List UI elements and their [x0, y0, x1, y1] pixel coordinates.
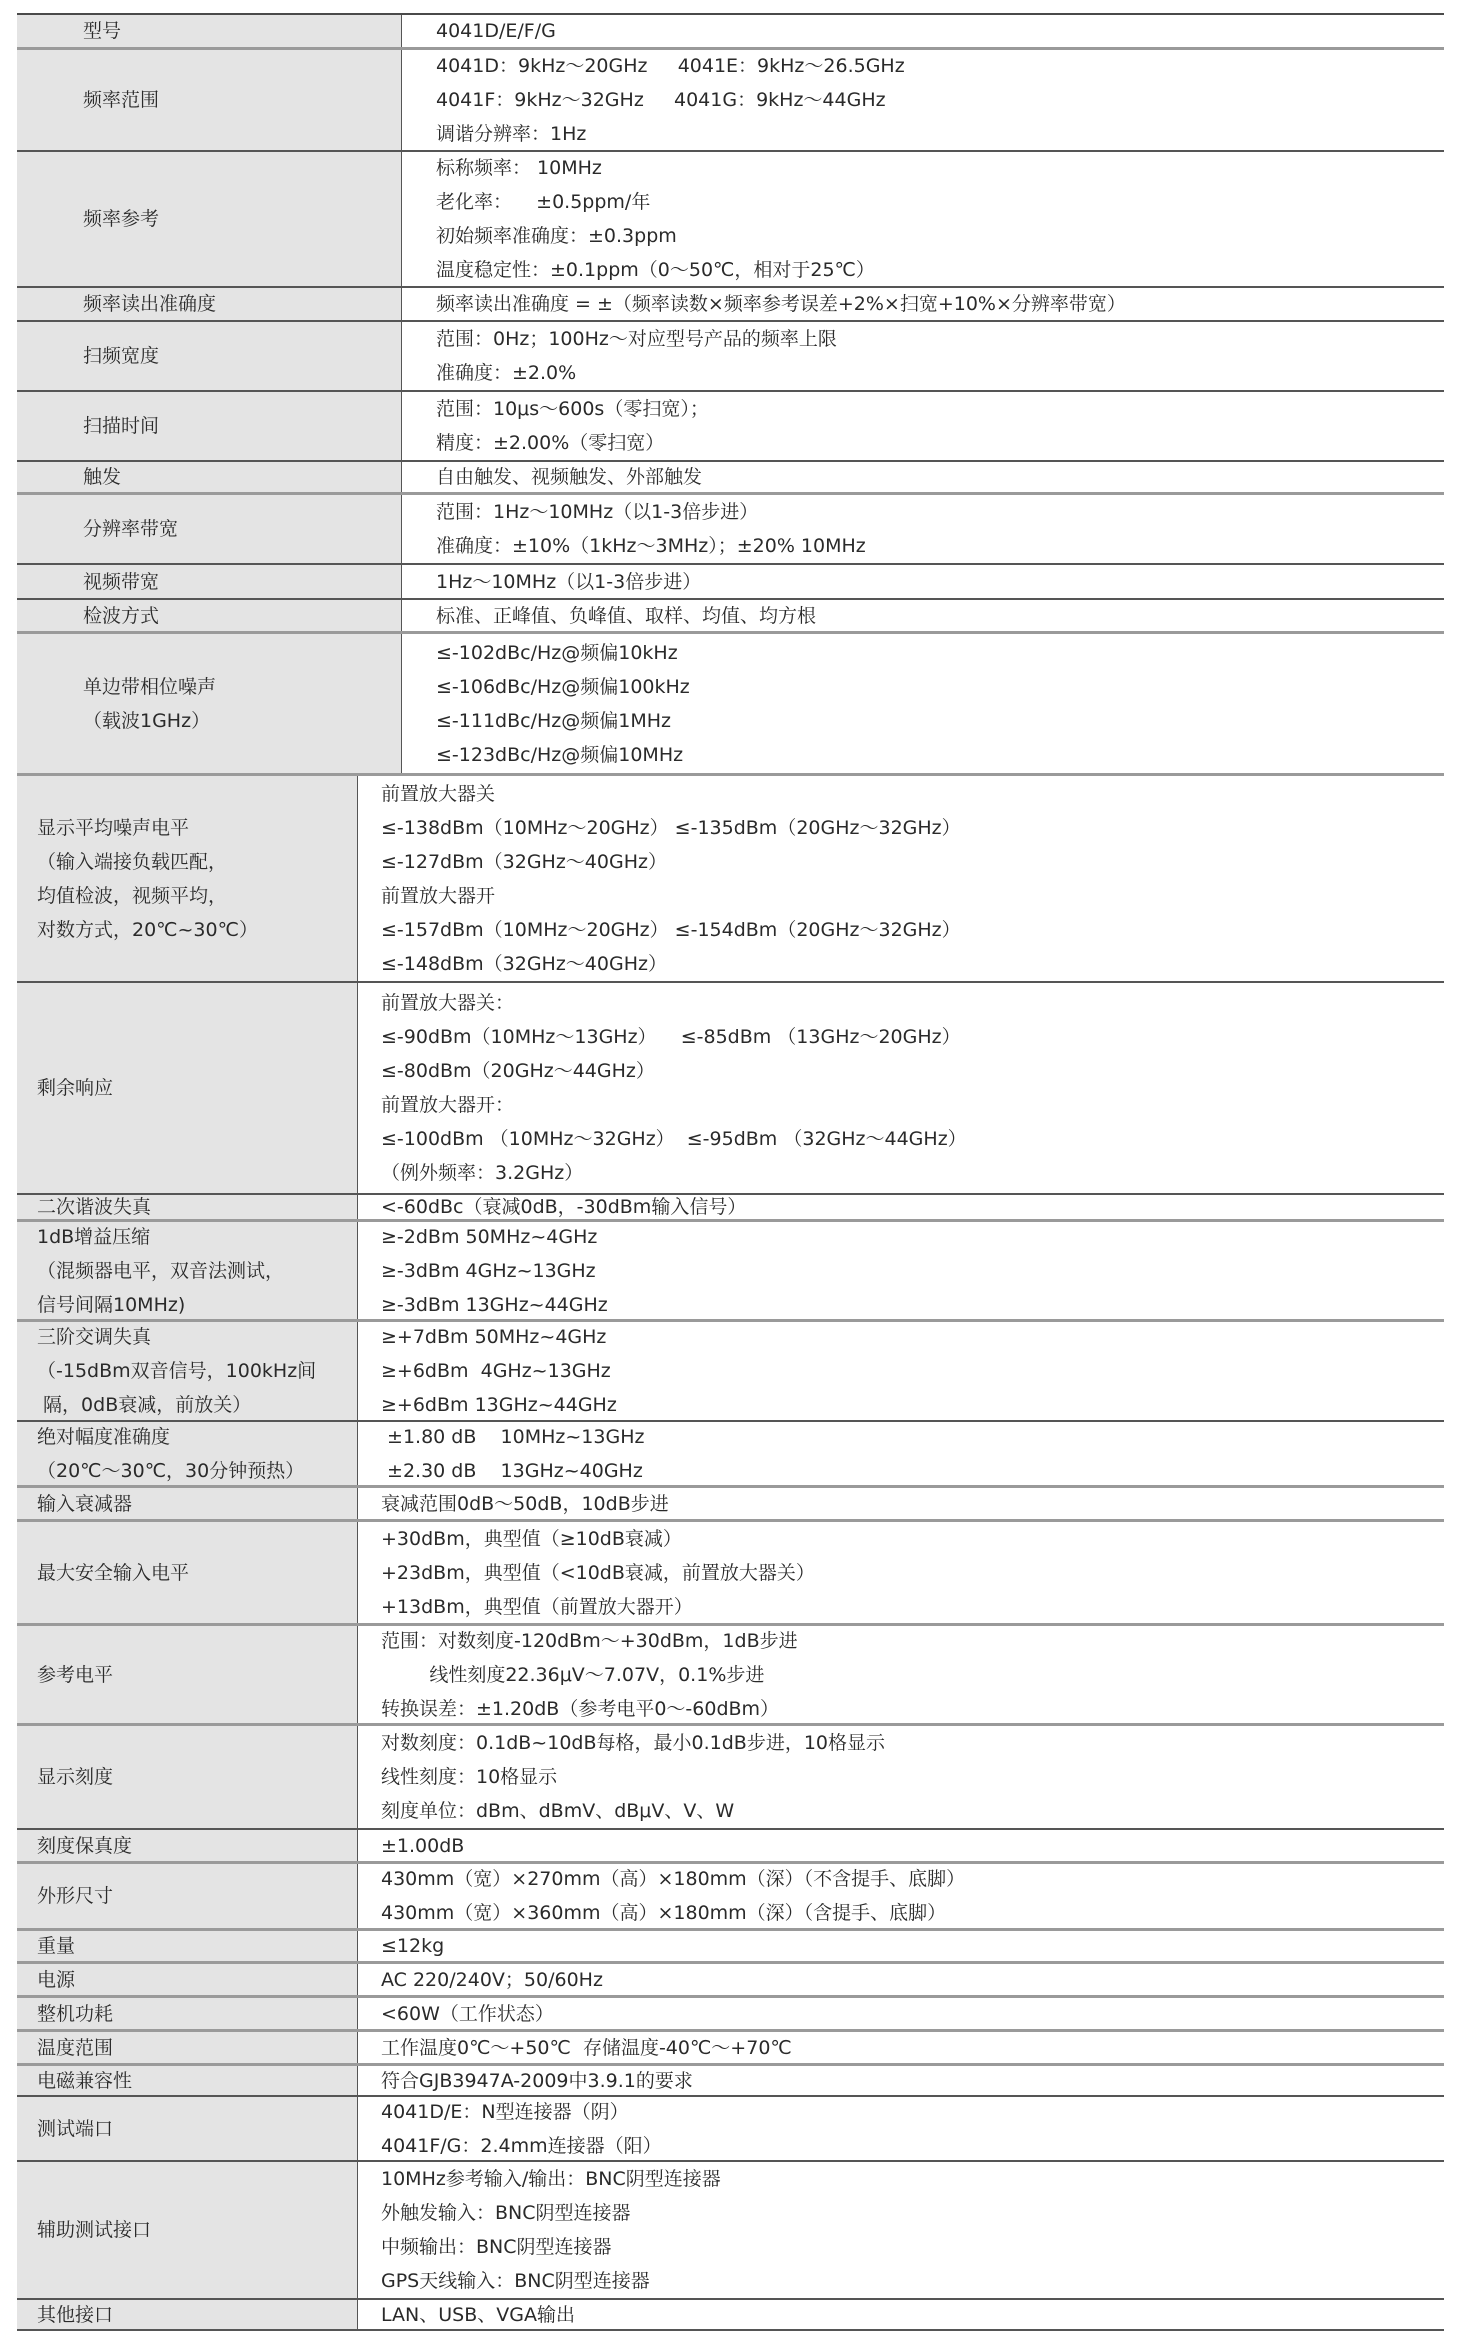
- spec-label-line: （载波1GHz）: [83, 704, 401, 738]
- spec-value-line: ≤-111dBc/Hz@频偏1MHz: [436, 704, 1444, 738]
- spec-value-line: ≥-3dBm 4GHz~13GHz: [381, 1254, 1444, 1288]
- spec-row: 其他接口LAN、USB、VGA输出: [17, 2300, 1444, 2331]
- spec-value: 符合GJB3947A-2009中3.9.1的要求: [358, 2066, 1444, 2095]
- spec-row: 型号4041D/E/F/G: [17, 15, 1444, 50]
- spec-value-line: 4041D/E/F/G: [436, 14, 1444, 48]
- spec-label: 参考电平: [17, 1626, 358, 1723]
- spec-label-line: 频率读出准确度: [83, 287, 401, 321]
- spec-value-line: ≥-2dBm 50MHz~4GHz: [381, 1220, 1444, 1254]
- spec-label-line: 辅助测试接口: [37, 2213, 357, 2247]
- spec-row: 视频带宽1Hz～10MHz（以1-3倍步进）: [17, 565, 1444, 600]
- spec-value-line: LAN、USB、VGA输出: [381, 2298, 1444, 2332]
- spec-value-line: 4041D/E：N型连接器（阴）: [381, 2095, 1444, 2129]
- spec-value-line: ≥+6dBm 4GHz~13GHz: [381, 1354, 1444, 1388]
- spec-value-line: ≤-157dBm（10MHz～20GHz） ≤-154dBm（20GHz～32G…: [381, 913, 1444, 947]
- spec-value-line: ±1.80 dB 10MHz~13GHz: [381, 1420, 1444, 1454]
- spec-value: 4041D/E：N型连接器（阴）4041F/G：2.4mm连接器（阳）: [358, 2097, 1444, 2160]
- spec-value: 工作温度0℃～+50℃ 存储温度-40℃～+70℃: [358, 2032, 1444, 2063]
- spec-label: 重量: [17, 1931, 358, 1961]
- spec-value-line: 4041F/G：2.4mm连接器（阳）: [381, 2129, 1444, 2163]
- spec-value-line: ≤-148dBm（32GHz～40GHz）: [381, 947, 1444, 981]
- spec-value-line: 线性刻度：10格显示: [381, 1760, 1444, 1794]
- spec-row: 显示平均噪声电平（输入端接负载匹配，均值检波，视频平均，对数方式，20℃~30℃…: [17, 776, 1444, 983]
- spec-value-line: ≥+6dBm 13GHz~44GHz: [381, 1388, 1444, 1422]
- spec-value-line: +23dBm，典型值（<10dB衰减，前置放大器关）: [381, 1556, 1444, 1590]
- spec-label: 最大安全输入电平: [17, 1522, 358, 1623]
- spec-row: 频率范围4041D：9kHz～20GHz 4041E：9kHz～26.5GHz4…: [17, 50, 1444, 152]
- spec-value: 频率读出准确度 = ±（频率读数×频率参考误差+2%×扫宽+10%×分辨率带宽）: [402, 288, 1444, 320]
- spec-value: 4041D：9kHz～20GHz 4041E：9kHz～26.5GHz4041F…: [402, 50, 1444, 150]
- spec-label-line: 刻度保真度: [37, 1829, 357, 1863]
- spec-row: 频率参考标称频率： 10MHz老化率： ±0.5ppm/年初始频率准确度：±0.…: [17, 152, 1444, 288]
- spec-value: 自由触发、视频触发、外部触发: [402, 462, 1444, 492]
- spec-value: ≥+7dBm 50MHz~4GHz≥+6dBm 4GHz~13GHz≥+6dBm…: [358, 1322, 1444, 1420]
- spec-label: 显示平均噪声电平（输入端接负载匹配，均值检波，视频平均，对数方式，20℃~30℃…: [17, 776, 358, 981]
- spec-value: 衰减范围0dB～50dB，10dB步进: [358, 1488, 1444, 1519]
- spec-value-line: ±2.30 dB 13GHz~40GHz: [381, 1454, 1444, 1488]
- spec-value-line: 4041D：9kHz～20GHz 4041E：9kHz～26.5GHz: [436, 49, 1444, 83]
- spec-row: 整机功耗<60W（工作状态）: [17, 1998, 1444, 2032]
- spec-label: 温度范围: [17, 2032, 358, 2063]
- spec-value-line: （例外频率：3.2GHz）: [381, 1156, 1444, 1190]
- spec-label: 触发: [17, 462, 402, 492]
- spec-label: 三阶交调失真（-15dBm双音信号，100kHz间 隔，0dB衰减，前放关）: [17, 1322, 358, 1420]
- spec-value-line: 对数刻度：0.1dB~10dB每格，最小0.1dB步进，10格显示: [381, 1726, 1444, 1760]
- spec-label-line: 隔，0dB衰减，前放关）: [37, 1388, 357, 1422]
- spec-label-line: 分辨率带宽: [83, 512, 401, 546]
- spec-label: 频率读出准确度: [17, 288, 402, 320]
- spec-value-line: 温度稳定性：±0.1ppm（0～50℃，相对于25℃）: [436, 253, 1444, 287]
- spec-value-line: 10MHz参考输入/输出：BNC阴型连接器: [381, 2162, 1444, 2196]
- spec-value-line: 精度：±2.00%（零扫宽）: [436, 426, 1444, 460]
- spec-value-line: 准确度：±10%（1kHz～3MHz）；±20% 10MHz: [436, 529, 1444, 563]
- spec-value-line: 衰减范围0dB～50dB，10dB步进: [381, 1487, 1444, 1521]
- spec-value-line: 430mm（宽）×270mm（高）×180mm（深）（不含提手、底脚）: [381, 1862, 1444, 1896]
- spec-value-line: 频率读出准确度 = ±（频率读数×频率参考误差+2%×扫宽+10%×分辨率带宽）: [436, 287, 1444, 321]
- spec-value-line: 老化率： ±0.5ppm/年: [436, 185, 1444, 219]
- spec-value-line: GPS天线输入：BNC阴型连接器: [381, 2264, 1444, 2298]
- spec-value: 1Hz～10MHz（以1-3倍步进）: [402, 565, 1444, 598]
- spec-value-line: ≥-3dBm 13GHz~44GHz: [381, 1288, 1444, 1322]
- spec-label-line: （输入端接负载匹配，: [37, 845, 357, 879]
- spec-label-line: 输入衰减器: [37, 1487, 357, 1521]
- spec-label: 显示刻度: [17, 1726, 358, 1828]
- spec-label-line: 视频带宽: [83, 565, 401, 599]
- spec-value-line: ≤-127dBm（32GHz～40GHz）: [381, 845, 1444, 879]
- spec-label-line: 最大安全输入电平: [37, 1556, 357, 1590]
- spec-row: 1dB增益压缩（混频器电平，双音法测试，信号间隔10MHz)≥-2dBm 50M…: [17, 1222, 1444, 1322]
- spec-label: 二次谐波失真: [17, 1195, 358, 1219]
- spec-row: 扫描时间范围：10μs～600s（零扫宽）；精度：±2.00%（零扫宽）: [17, 392, 1444, 462]
- spec-label-line: 显示平均噪声电平: [37, 811, 357, 845]
- spec-label: 频率范围: [17, 50, 402, 150]
- spec-table-top: 型号4041D/E/F/G频率范围4041D：9kHz～20GHz 4041E：…: [17, 13, 1444, 775]
- spec-value-line: 范围：0Hz；100Hz～对应型号产品的频率上限: [436, 322, 1444, 356]
- spec-row: 电源AC 220/240V；50/60Hz: [17, 1964, 1444, 1998]
- spec-value-line: ≤-123dBc/Hz@频偏10MHz: [436, 738, 1444, 772]
- spec-row: 检波方式标准、正峰值、负峰值、取样、均值、均方根: [17, 600, 1444, 634]
- spec-value-line: AC 220/240V；50/60Hz: [381, 1963, 1444, 1997]
- spec-value: 标称频率： 10MHz老化率： ±0.5ppm/年初始频率准确度：±0.3ppm…: [402, 152, 1444, 286]
- spec-row: 电磁兼容性符合GJB3947A-2009中3.9.1的要求: [17, 2066, 1444, 2097]
- spec-label-line: 频率参考: [83, 202, 401, 236]
- spec-label-line: 信号间隔10MHz): [37, 1288, 357, 1322]
- spec-label: 电源: [17, 1964, 358, 1995]
- spec-value-line: 工作温度0℃～+50℃ 存储温度-40℃～+70℃: [381, 2031, 1444, 2065]
- spec-label-line: 重量: [37, 1929, 357, 1963]
- spec-value: 前置放大器关≤-138dBm（10MHz～20GHz） ≤-135dBm（20G…: [358, 776, 1444, 981]
- spec-table-bottom: 显示平均噪声电平（输入端接负载匹配，均值检波，视频平均，对数方式，20℃~30℃…: [17, 773, 1444, 2331]
- spec-label-line: 三阶交调失真: [37, 1320, 357, 1354]
- spec-value: ≥-2dBm 50MHz~4GHz≥-3dBm 4GHz~13GHz≥-3dBm…: [358, 1222, 1444, 1319]
- spec-value: 范围：1Hz～10MHz（以1-3倍步进）准确度：±10%（1kHz～3MHz）…: [402, 495, 1444, 563]
- spec-value-line: 中频输出：BNC阴型连接器: [381, 2230, 1444, 2264]
- spec-value-line: 标称频率： 10MHz: [436, 151, 1444, 185]
- spec-row: 频率读出准确度频率读出准确度 = ±（频率读数×频率参考误差+2%×扫宽+10%…: [17, 288, 1444, 322]
- spec-row: 分辨率带宽范围：1Hz～10MHz（以1-3倍步进）准确度：±10%（1kHz～…: [17, 495, 1444, 565]
- spec-value-line: <60W（工作状态）: [381, 1997, 1444, 2031]
- spec-label-line: 扫描时间: [83, 409, 401, 443]
- spec-label-line: （混频器电平，双音法测试，: [37, 1254, 357, 1288]
- spec-label-line: 测试端口: [37, 2112, 357, 2146]
- spec-label: 绝对幅度准确度（20℃～30℃，30分钟预热）: [17, 1422, 358, 1485]
- spec-row: 测试端口4041D/E：N型连接器（阴）4041F/G：2.4mm连接器（阳）: [17, 2097, 1444, 2162]
- spec-label-line: 频率范围: [83, 83, 401, 117]
- spec-value: ±1.80 dB 10MHz~13GHz ±2.30 dB 13GHz~40GH…: [358, 1422, 1444, 1485]
- spec-value-line: 标准、正峰值、负峰值、取样、均值、均方根: [436, 599, 1444, 633]
- spec-label-line: 整机功耗: [37, 1997, 357, 2031]
- spec-value-line: 符合GJB3947A-2009中3.9.1的要求: [381, 2064, 1444, 2098]
- spec-value: 范围：0Hz；100Hz～对应型号产品的频率上限准确度：±2.0%: [402, 322, 1444, 390]
- spec-label: 视频带宽: [17, 565, 402, 598]
- spec-value: ≤-102dBc/Hz@频偏10kHz≤-106dBc/Hz@频偏100kHz≤…: [402, 634, 1444, 773]
- spec-value-line: 外触发输入：BNC阴型连接器: [381, 2196, 1444, 2230]
- spec-label-line: 其他接口: [37, 2298, 357, 2332]
- spec-value-line: 自由触发、视频触发、外部触发: [436, 460, 1444, 494]
- spec-value-line: ≤-90dBm（10MHz～13GHz） ≤-85dBm （13GHz～20GH…: [381, 1020, 1444, 1054]
- spec-label: 扫频宽度: [17, 322, 402, 390]
- spec-value-line: 转换误差：±1.20dB（参考电平0～-60dBm）: [381, 1692, 1444, 1726]
- spec-value: 4041D/E/F/G: [402, 15, 1444, 47]
- spec-label-line: 绝对幅度准确度: [37, 1420, 357, 1454]
- spec-label: 频率参考: [17, 152, 402, 286]
- spec-value-line: ≤12kg: [381, 1929, 1444, 1963]
- spec-label: 整机功耗: [17, 1998, 358, 2029]
- spec-value: 前置放大器关：≤-90dBm（10MHz～13GHz） ≤-85dBm （13G…: [358, 983, 1444, 1193]
- spec-value: +30dBm，典型值（≥10dB衰减）+23dBm，典型值（<10dB衰减，前置…: [358, 1522, 1444, 1623]
- spec-value-line: ±1.00dB: [381, 1829, 1444, 1863]
- spec-value: 10MHz参考输入/输出：BNC阴型连接器外触发输入：BNC阴型连接器中频输出：…: [358, 2162, 1444, 2298]
- spec-value-line: ≤-102dBc/Hz@频偏10kHz: [436, 636, 1444, 670]
- spec-value-line: +30dBm，典型值（≥10dB衰减）: [381, 1522, 1444, 1556]
- spec-row: 外形尺寸430mm（宽）×270mm（高）×180mm（深）（不含提手、底脚）4…: [17, 1864, 1444, 1931]
- spec-value-line: ≤-100dBm （10MHz～32GHz） ≤-95dBm （32GHz～44…: [381, 1122, 1444, 1156]
- spec-value-line: 430mm（宽）×360mm（高）×180mm（深）（含提手、底脚）: [381, 1896, 1444, 1930]
- spec-value-line: 范围：1Hz～10MHz（以1-3倍步进）: [436, 495, 1444, 529]
- spec-value: <-60dBc（衰减0dB，-30dBm输入信号）: [358, 1195, 1444, 1219]
- spec-label-line: （20℃～30℃，30分钟预热）: [37, 1454, 357, 1488]
- spec-label-line: 触发: [83, 460, 401, 494]
- spec-label-line: 电磁兼容性: [37, 2064, 357, 2098]
- spec-value: 范围：10μs～600s（零扫宽）；精度：±2.00%（零扫宽）: [402, 392, 1444, 460]
- spec-row: 刻度保真度±1.00dB: [17, 1830, 1444, 1864]
- spec-label: 单边带相位噪声（载波1GHz）: [17, 634, 402, 773]
- spec-value: LAN、USB、VGA输出: [358, 2300, 1444, 2329]
- spec-row: 二次谐波失真<-60dBc（衰减0dB，-30dBm输入信号）: [17, 1195, 1444, 1222]
- spec-value-line: ≤-80dBm（20GHz～44GHz）: [381, 1054, 1444, 1088]
- spec-row: 显示刻度对数刻度：0.1dB~10dB每格，最小0.1dB步进，10格显示线性刻…: [17, 1726, 1444, 1830]
- spec-value-line: ≤-106dBc/Hz@频偏100kHz: [436, 670, 1444, 704]
- spec-value-line: 调谐分辨率：1Hz: [436, 117, 1444, 151]
- spec-label-line: 型号: [83, 14, 401, 48]
- spec-label: 其他接口: [17, 2300, 358, 2329]
- spec-value-line: 范围：对数刻度-120dBm～+30dBm，1dB步进: [381, 1624, 1444, 1658]
- spec-label-line: 电源: [37, 1963, 357, 1997]
- spec-label: 电磁兼容性: [17, 2066, 358, 2095]
- spec-value-line: ≥+7dBm 50MHz~4GHz: [381, 1320, 1444, 1354]
- spec-value: AC 220/240V；50/60Hz: [358, 1964, 1444, 1995]
- spec-label: 辅助测试接口: [17, 2162, 358, 2298]
- spec-value: 标准、正峰值、负峰值、取样、均值、均方根: [402, 600, 1444, 631]
- spec-row: 重量≤12kg: [17, 1931, 1444, 1964]
- spec-value-line: 线性刻度22.36μV～7.07V，0.1%步进: [381, 1658, 1444, 1692]
- spec-label: 剩余响应: [17, 983, 358, 1193]
- spec-label-line: 均值检波，视频平均，: [37, 879, 357, 913]
- spec-label-line: 单边带相位噪声: [83, 670, 401, 704]
- spec-label-line: 对数方式，20℃~30℃）: [37, 913, 357, 947]
- spec-label-line: 检波方式: [83, 599, 401, 633]
- spec-label: 刻度保真度: [17, 1830, 358, 1861]
- spec-value: ±1.00dB: [358, 1830, 1444, 1861]
- spec-label-line: 显示刻度: [37, 1760, 357, 1794]
- spec-value-line: 4041F：9kHz～32GHz 4041G：9kHz～44GHz: [436, 83, 1444, 117]
- spec-value: ≤12kg: [358, 1931, 1444, 1961]
- spec-value-line: 前置放大器关：: [381, 986, 1444, 1020]
- spec-label: 1dB增益压缩（混频器电平，双音法测试，信号间隔10MHz): [17, 1222, 358, 1319]
- spec-label-line: 剩余响应: [37, 1071, 357, 1105]
- spec-row: 输入衰减器衰减范围0dB～50dB，10dB步进: [17, 1488, 1444, 1522]
- spec-label: 分辨率带宽: [17, 495, 402, 563]
- spec-label: 外形尺寸: [17, 1864, 358, 1928]
- spec-row: 扫频宽度范围：0Hz；100Hz～对应型号产品的频率上限准确度：±2.0%: [17, 322, 1444, 392]
- spec-value-line: 1Hz～10MHz（以1-3倍步进）: [436, 565, 1444, 599]
- spec-label-line: 参考电平: [37, 1658, 357, 1692]
- spec-value-line: ≤-138dBm（10MHz～20GHz） ≤-135dBm（20GHz～32G…: [381, 811, 1444, 845]
- spec-row: 温度范围工作温度0℃～+50℃ 存储温度-40℃～+70℃: [17, 2032, 1444, 2066]
- spec-label: 输入衰减器: [17, 1488, 358, 1519]
- spec-label-line: 扫频宽度: [83, 339, 401, 373]
- spec-label-line: 温度范围: [37, 2031, 357, 2065]
- spec-value: <60W（工作状态）: [358, 1998, 1444, 2029]
- spec-value: 范围：对数刻度-120dBm～+30dBm，1dB步进 线性刻度22.36μV～…: [358, 1626, 1444, 1723]
- spec-value-line: 准确度：±2.0%: [436, 356, 1444, 390]
- spec-label: 型号: [17, 15, 402, 47]
- spec-row: 剩余响应前置放大器关：≤-90dBm（10MHz～13GHz） ≤-85dBm …: [17, 983, 1444, 1195]
- spec-value-line: 前置放大器关: [381, 777, 1444, 811]
- spec-row: 绝对幅度准确度（20℃～30℃，30分钟预热） ±1.80 dB 10MHz~1…: [17, 1422, 1444, 1488]
- spec-label-line: 外形尺寸: [37, 1879, 357, 1913]
- spec-value-line: 刻度单位：dBm、dBmV、dBμV、V、W: [381, 1794, 1444, 1828]
- spec-value-line: 前置放大器开：: [381, 1088, 1444, 1122]
- spec-label-line: 1dB增益压缩: [37, 1220, 357, 1254]
- spec-value-line: +13dBm，典型值（前置放大器开）: [381, 1590, 1444, 1624]
- spec-value-line: 范围：10μs～600s（零扫宽）；: [436, 392, 1444, 426]
- spec-row: 参考电平范围：对数刻度-120dBm～+30dBm，1dB步进 线性刻度22.3…: [17, 1626, 1444, 1726]
- spec-label: 测试端口: [17, 2097, 358, 2160]
- spec-value: 430mm（宽）×270mm（高）×180mm（深）（不含提手、底脚）430mm…: [358, 1864, 1444, 1928]
- spec-value-line: 初始频率准确度：±0.3ppm: [436, 219, 1444, 253]
- spec-label: 检波方式: [17, 600, 402, 631]
- spec-value: 对数刻度：0.1dB~10dB每格，最小0.1dB步进，10格显示线性刻度：10…: [358, 1726, 1444, 1828]
- spec-label-line: （-15dBm双音信号，100kHz间: [37, 1354, 357, 1388]
- spec-row: 三阶交调失真（-15dBm双音信号，100kHz间 隔，0dB衰减，前放关）≥+…: [17, 1322, 1444, 1422]
- spec-value-line: 前置放大器开: [381, 879, 1444, 913]
- spec-row: 辅助测试接口10MHz参考输入/输出：BNC阴型连接器外触发输入：BNC阴型连接…: [17, 2162, 1444, 2300]
- spec-label: 扫描时间: [17, 392, 402, 460]
- spec-row: 最大安全输入电平+30dBm，典型值（≥10dB衰减）+23dBm，典型值（<1…: [17, 1522, 1444, 1626]
- spec-row: 单边带相位噪声（载波1GHz）≤-102dBc/Hz@频偏10kHz≤-106d…: [17, 634, 1444, 775]
- spec-row: 触发自由触发、视频触发、外部触发: [17, 462, 1444, 495]
